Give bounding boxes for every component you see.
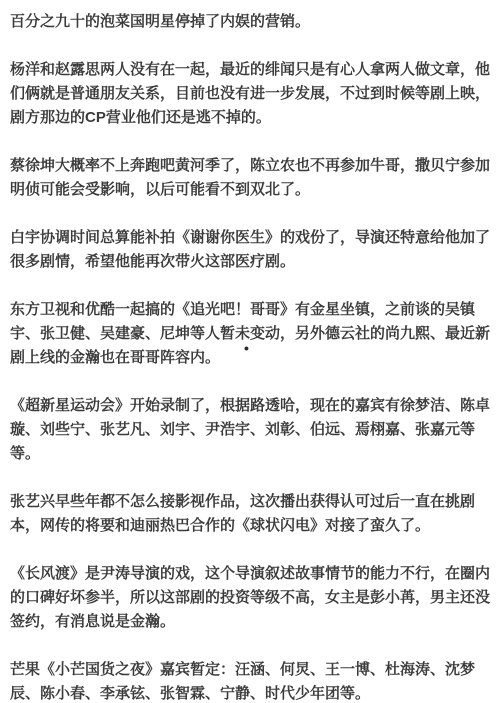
gossip-post-page: 百分之九十的泡菜国明星停掉了内娱的营销。 杨洋和赵露思两人没有在一起，最近的绯闻… — [0, 0, 499, 703]
stray-dot-artifact: • — [244, 341, 249, 355]
paragraph-changfengdu-drama: 《长风渡》是尹涛导演的戏，这个导演叙述故事情节的能力不行，在圈内的口碑好坏参半，… — [10, 562, 491, 634]
paragraph-supernova-games: 《超新星运动会》开始录制了，根据路透哈，现在的嘉宾有徐梦洁、陈卓璇、刘些宁、张艺… — [10, 394, 491, 466]
paragraph-yangyang-zhaolusi: 杨洋和赵露思两人没有在一起，最近的绯闻只是有心人拿两人做文章，他们俩就是普通朋友… — [10, 58, 491, 130]
paragraph-zhangyixing-script: 张艺兴早些年都不怎么接影视作品，这次播出获得认可过后一直在挑剧本，网传的将要和迪… — [10, 490, 491, 538]
article-body: 百分之九十的泡菜国明星停掉了内娱的营销。 杨洋和赵露思两人没有在一起，最近的绯闻… — [0, 0, 499, 703]
paragraph-mango-night-guests: 芒果《小芒国货之夜》嘉宾暂定：汪涵、何炅、王一博、杜海涛、沈梦辰、陈小春、李承铉… — [10, 658, 491, 703]
paragraph-baiyu-drama: 白宇协调时间总算能补拍《谢谢你医生》的戏份了，导演还特意给他加了很多剧情，希望他… — [10, 226, 491, 274]
paragraph-zhuiguangba-lineup: 东方卫视和优酷一起搞的《追光吧！哥哥》有金星坐镇，之前谈的吴镇宇、张卫健、吴建豪… — [10, 298, 491, 370]
paragraph-korean-stars: 百分之九十的泡菜国明星停掉了内娱的营销。 — [10, 10, 491, 34]
paragraph-caixukun-variety: 蔡徐坤大概率不上奔跑吧黄河季了，陈立农也不再参加牛哥，撒贝宁参加明侦可能会受影响… — [10, 154, 491, 202]
